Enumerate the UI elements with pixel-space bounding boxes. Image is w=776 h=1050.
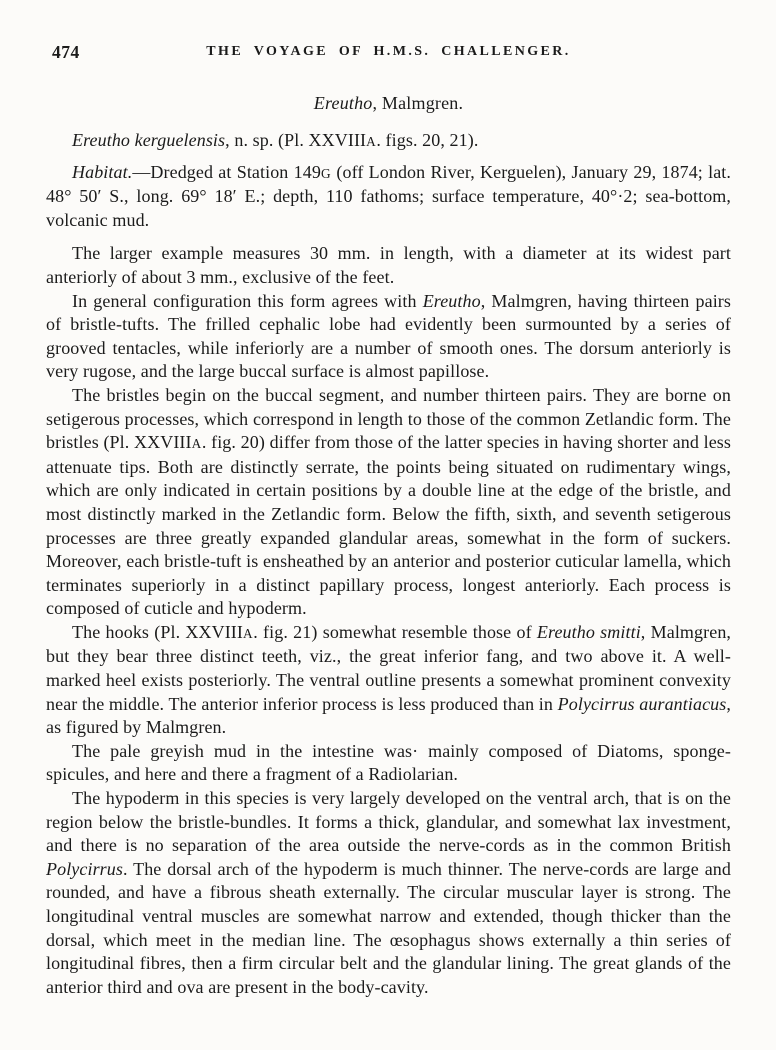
running-head: 474 THE VOYAGE OF H.M.S. CHALLENGER. [46, 42, 731, 64]
habitat-paragraph: Habitat.—Dredged at Station 149G (off Lo… [46, 161, 731, 233]
paragraph-hooks: The hooks (Pl. XXVIIIA. fig. 21) somewha… [46, 621, 731, 740]
book-page: 474 THE VOYAGE OF H.M.S. CHALLENGER. Ere… [0, 0, 776, 1050]
page-number: 474 [52, 42, 80, 63]
paragraph-configuration: In general configuration this form agree… [46, 290, 731, 384]
paragraph-measurements: The larger example measures 30 mm. in le… [46, 242, 731, 289]
section-heading: Ereutho, Malmgren. [46, 93, 731, 114]
species-title-line: Ereutho kerguelensis, n. sp. (Pl. XXVIII… [46, 129, 731, 154]
paragraph-hypoderm: The hypoderm in this species is very lar… [46, 787, 731, 999]
paragraph-intestine: The pale greyish mud in the intestine wa… [46, 740, 731, 787]
running-title: THE VOYAGE OF H.M.S. CHALLENGER. [46, 42, 731, 60]
paragraph-bristles: The bristles begin on the buccal segment… [46, 384, 731, 621]
